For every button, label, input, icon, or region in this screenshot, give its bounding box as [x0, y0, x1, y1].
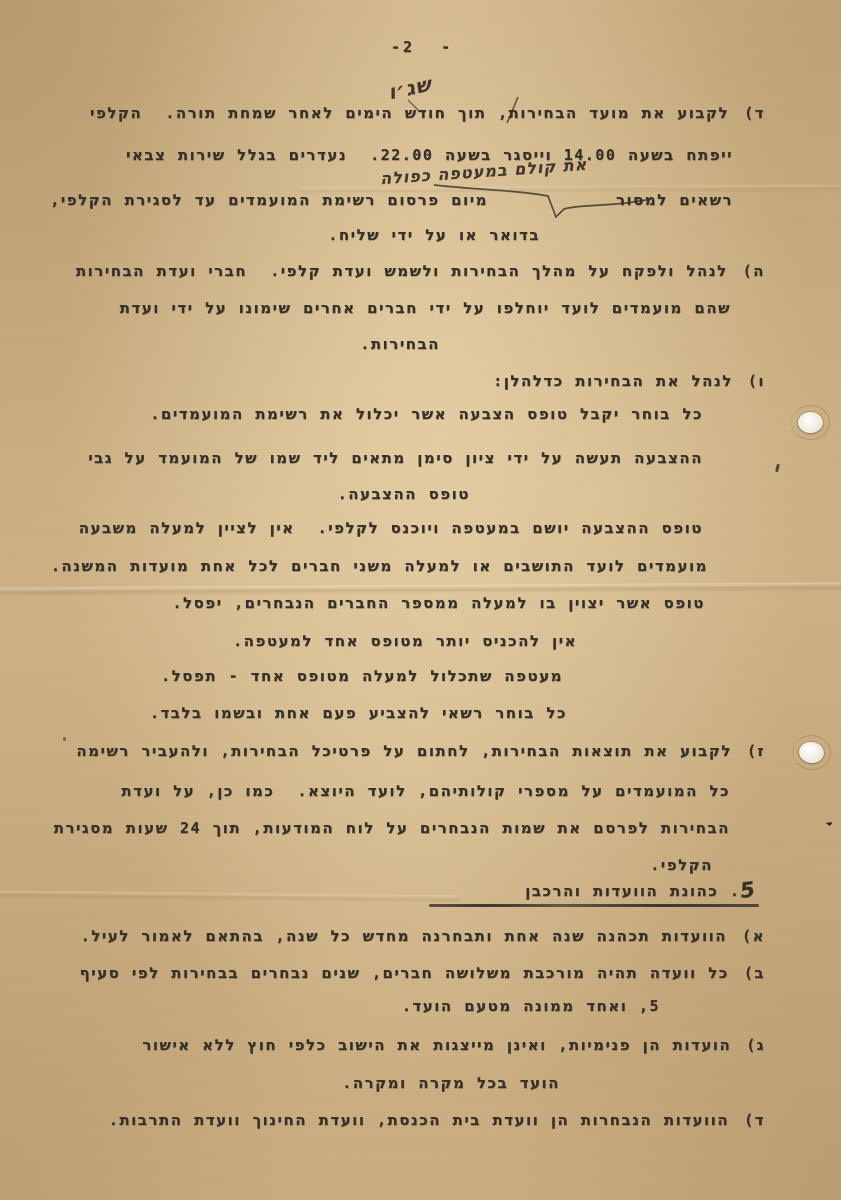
- list-item-line: ז)לקבוע את תוצאות הבחירות, לחתום על פרטי…: [76, 744, 765, 759]
- typed-line: כל בוחר רשאי להצביע פעם אחת ובשמו בלבד.: [150, 706, 567, 721]
- punch-hole: [798, 740, 826, 764]
- paper-crease: [0, 891, 460, 904]
- list-item-line: ד)לקבוע את מועד הבחירות, תוך חודש הימים …: [90, 106, 765, 121]
- typed-text: הוועדות תכהנה שנה אחת ותבחרנה מחדש כל שנ…: [81, 927, 727, 945]
- list-marker: ד): [744, 1111, 765, 1129]
- typed-line: אין להכניס יותר מטופס אחד למעטפה.: [233, 634, 577, 649]
- list-marker: ו): [748, 372, 765, 390]
- handwritten-section-number: 5: [739, 879, 756, 902]
- typed-line: בדואר או על ידי שליח.: [328, 228, 540, 243]
- list-marker: ז): [747, 742, 765, 760]
- typed-line: שהם מועמדים לועד יוחלפו על ידי חברים אחר…: [120, 301, 731, 316]
- page-number: -2 -: [391, 40, 453, 55]
- list-marker: א): [742, 927, 765, 945]
- typed-text: הוועדות הנבחרות הן וועדת בית הכנסת, וועד…: [109, 1111, 729, 1129]
- handwritten-initials-annotation: שג׳ו: [386, 72, 434, 105]
- typed-line: ההצבעה תעשה על ידי ציון סימן מתאים ליד ש…: [88, 451, 703, 466]
- list-item-line: ו)לנהל את הבחירות כדלהלן:: [493, 374, 765, 389]
- heading-underline: [429, 904, 759, 907]
- typed-line: מועמדים לועד התושבים או למעלה משני חברים…: [51, 559, 708, 574]
- ink-speck: [825, 819, 833, 827]
- typed-line: הקלפי.: [650, 858, 713, 873]
- typed-line: טופס אשר יצוין בו למעלה ממספר החברים הנב…: [172, 596, 705, 611]
- typed-line: כל המועמדים על מספרי קולותיהם, לועד היוצ…: [121, 784, 730, 799]
- list-marker: ג): [746, 1036, 765, 1054]
- typed-text: לקבוע את תוצאות הבחירות, לחתום על פרטיכל…: [76, 742, 732, 760]
- typed-line: מעטפה שתכלול למעלה מטופס אחד - תפסל.: [161, 669, 563, 684]
- typed-text: רשאים למסור: [616, 191, 733, 209]
- typed-text: לקבוע את מועד הבחירות, תוך חודש הימים לא…: [90, 104, 729, 122]
- typed-text: כל וועדה תהיה מורכבת משלושה חברים, שנים …: [80, 964, 729, 982]
- list-item-line: ה)לנהל ולפקח על מהלך הבחירות ולשמש ועדת …: [76, 264, 765, 279]
- typed-text: לנהל את הבחירות כדלהלן:: [493, 372, 733, 390]
- typed-text: הועדות הן פנימיות, ואינן מייצגות את הישו…: [142, 1036, 731, 1054]
- punch-hole: [798, 412, 823, 433]
- typed-line: כל בוחר יקבל טופס הצבעה אשר יכלול את רשי…: [150, 407, 703, 422]
- list-marker: ד): [744, 104, 765, 122]
- typed-text: מיום פרסום רשימת המועמדים עד לסגירת הקלפ…: [50, 191, 488, 209]
- ink-speck: [775, 464, 780, 472]
- typed-line: הבחירות לפרסם את שמות הנבחרים על לוח המו…: [54, 821, 730, 836]
- typed-line: 5, ואחד ממונה מטעם הועד.: [402, 999, 660, 1014]
- typed-line: הועד בכל מקרה ומקרה.: [342, 1076, 560, 1091]
- list-item-line: א)הוועדות תכהנה שנה אחת ותבחרנה מחדש כל …: [81, 929, 765, 944]
- list-item-line: ג)הועדות הן פנימיות, ואינן מייצגות את הי…: [142, 1038, 765, 1053]
- scanned-document-page: -2 - שג׳ו את קולם במעטפה כפולה ד)לקבוע א…: [0, 0, 841, 1200]
- list-marker: ה): [743, 262, 765, 280]
- list-item-line: ב)כל וועדה תהיה מורכבת משלושה חברים, שני…: [80, 966, 765, 981]
- typed-text: לנהל ולפקח על מהלך הבחירות ולשמש ועדת קל…: [76, 262, 728, 280]
- typed-line: הבחירות.: [360, 337, 440, 352]
- typed-line: טופס ההצבעה.: [338, 487, 470, 502]
- list-item-line: ד)הוועדות הנבחרות הן וועדת בית הכנסת, וו…: [109, 1113, 765, 1128]
- section-heading-text: . כהונת הוועדות והרכבן: [525, 882, 740, 900]
- section-heading: 5. כהונת הוועדות והרכבן: [525, 879, 755, 900]
- list-marker: ב): [744, 964, 765, 982]
- typed-line-with-insertion-gap: רשאים למסורמיום פרסום רשימת המועמדים עד …: [50, 193, 733, 208]
- typed-line: ייפתח בשעה 14.00 וייסגר בשעה 22.00. נעדר…: [126, 148, 733, 163]
- ink-speck: [63, 737, 66, 741]
- typed-line: טופס ההצבעה יושם במעטפה ויוכנס לקלפי. אי…: [79, 521, 703, 536]
